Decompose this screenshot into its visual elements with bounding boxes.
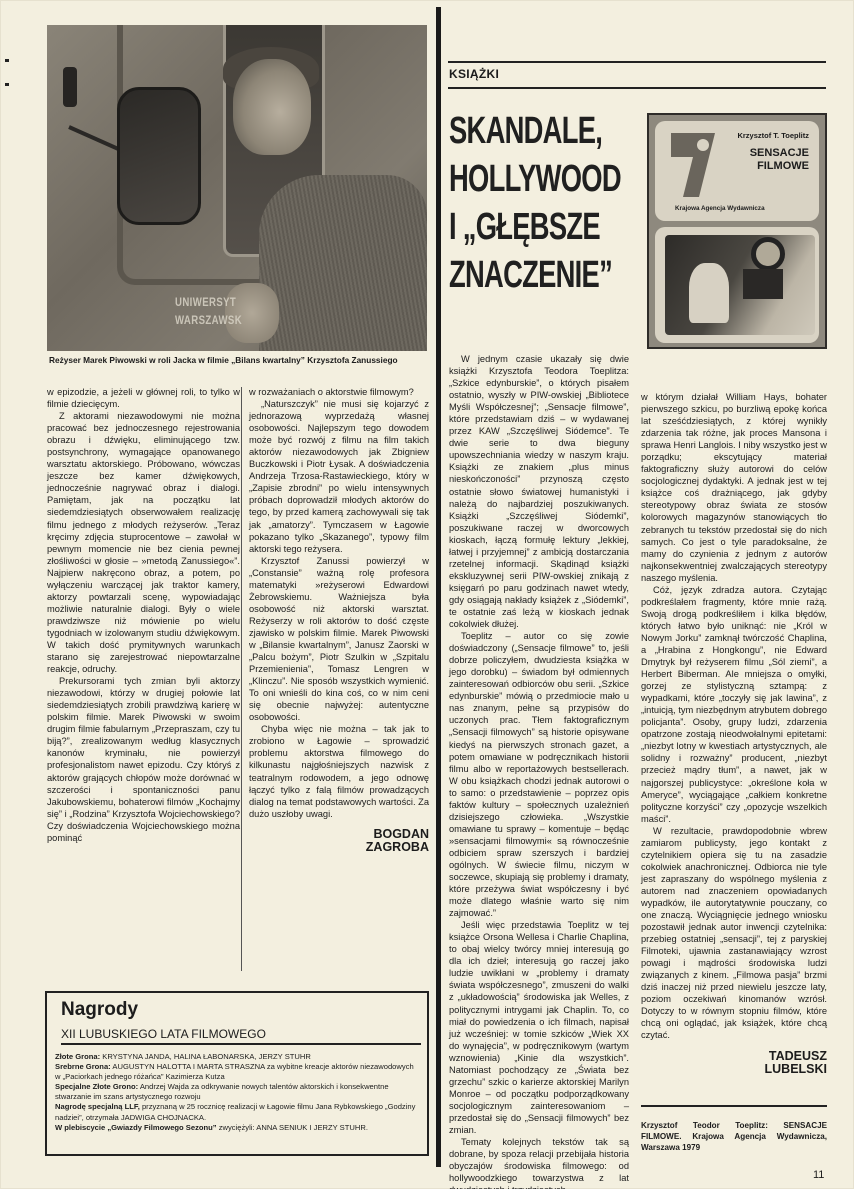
paragraph: Chyba więc nie można – tak jak to zrobio…: [249, 723, 429, 819]
film-still-photo: UNIWERSYT WARSZAWSK: [47, 25, 427, 351]
author-byline: TADEUSZ LUBELSKI: [641, 1050, 827, 1076]
paragraph: Jeśli więc przedstawia Toeplitz w tej ks…: [449, 919, 629, 1136]
book-reference: Krzysztof Teodor Toeplitz: SENSACJE FILM…: [641, 1121, 827, 1153]
paragraph: w którym działał William Hays, bohater p…: [641, 391, 827, 584]
paragraph: „Naturszczyk” nie musi się kojarzyć z je…: [249, 398, 429, 555]
paragraph: W jednym czasie ukazały się dwie książki…: [449, 353, 629, 630]
cameraman-figure: [689, 263, 729, 323]
award-item: Nagrodę specjalną LLF, przyznaną w 25 ro…: [55, 1102, 419, 1122]
paragraph: Prekursorami tych zmian byli aktorzy nie…: [47, 675, 240, 844]
series-seven-logo-icon: [669, 131, 717, 199]
section-rule: [448, 61, 826, 63]
column-divider: [241, 387, 242, 971]
author-byline: BOGDAN ZAGROBA: [249, 828, 429, 854]
section-rule: [448, 87, 826, 89]
right-article-column-1: W jednym czasie ukazały się dwie książki…: [449, 353, 629, 1189]
paragraph: w epizodzie, a jeżeli w głównej roli, to…: [47, 386, 240, 410]
award-item: Specjalne Złote Grono: Andrzej Wajda za …: [55, 1082, 419, 1102]
paragraph: Z aktorami niezawodowymi nie można praco…: [47, 410, 240, 675]
paragraph: Krzysztof Zanussi powierzył w „Constansi…: [249, 555, 429, 724]
door-lettering: UNIWERSYT WARSZAWSK: [175, 293, 242, 329]
film-camera-icon: [743, 269, 783, 299]
award-item: W plebiscycie „Gwiazdy Filmowego Sezonu”…: [55, 1123, 419, 1133]
book-cover-illustration: [655, 227, 819, 343]
actor-torso: [259, 175, 427, 351]
footnote-rule: [641, 1105, 827, 1107]
awards-list: Złote Grona: KRYSTYNA JANDA, HALINA ŁABO…: [55, 1052, 419, 1133]
paragraph: Toeplitz – autor co się zowie doświadczo…: [449, 630, 629, 919]
awards-subtitle: XII LUBUSKIEGO LATA FILMOWEGO: [61, 1027, 421, 1045]
paragraph: Tematy kolejnych tekstów tak są dobrane,…: [449, 1136, 629, 1189]
article-headline: SKANDALE, HOLLYWOOD I „GŁĘBSZE ZNACZENIE…: [449, 107, 640, 299]
paragraph: Cóż, język zdradza autora. Czytając podk…: [641, 584, 827, 825]
paragraph: w rozważaniach o aktorstwie filmowym?: [249, 386, 429, 398]
margin-mark: [5, 59, 9, 62]
film-reel-icon: [751, 237, 785, 271]
book-author: Krzysztof T. Toeplitz: [737, 131, 809, 140]
page-divider: [436, 7, 441, 1167]
left-article-column-1: w epizodzie, a jeżeli w głównej roli, to…: [47, 386, 240, 844]
awards-box: Nagrody XII LUBUSKIEGO LATA FILMOWEGO Zł…: [45, 991, 429, 1156]
actor-head: [233, 59, 311, 155]
side-mirror: [117, 87, 201, 225]
right-article-column-2: w którym działał William Hays, bohater p…: [641, 391, 827, 1076]
book-cover: Krzysztof T. Toeplitz SENSACJE FILMOWE K…: [647, 113, 827, 349]
book-publisher: Krajowa Agencja Wydawnicza: [675, 205, 765, 212]
margin-mark: [5, 83, 9, 86]
left-article-column-2: w rozważaniach o aktorstwie filmowym? „N…: [249, 386, 429, 854]
cinema-scene: [665, 235, 815, 335]
page-number: 11: [813, 1169, 824, 1181]
book-title: SENSACJE FILMOWE: [750, 147, 809, 173]
section-label: KSIĄŻKI: [449, 67, 499, 81]
award-item: Złote Grona: KRYSTYNA JANDA, HALINA ŁABO…: [55, 1052, 419, 1062]
award-item: Srebrne Grona: AUGUSTYN HALOTTA I MARTA …: [55, 1062, 419, 1082]
magazine-page: UNIWERSYT WARSZAWSK Reżyser Marek Piwows…: [0, 0, 854, 1189]
awards-title: Nagrody: [61, 999, 419, 1021]
mirror-mount: [63, 67, 77, 107]
book-cover-top: Krzysztof T. Toeplitz SENSACJE FILMOWE K…: [655, 121, 819, 221]
photo-caption: Reżyser Marek Piwowski w roli Jacka w fi…: [49, 355, 429, 366]
paragraph: W rezultacie, prawdopodobnie wbrew zamia…: [641, 825, 827, 1042]
